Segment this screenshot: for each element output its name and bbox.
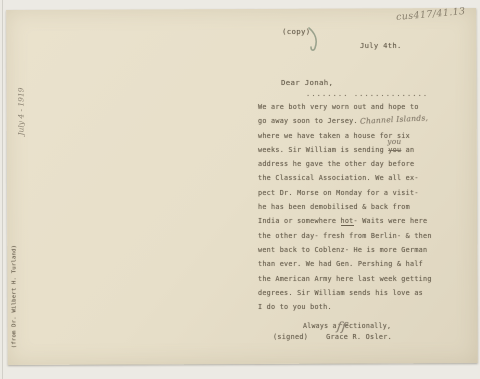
body-line-10: the other day- fresh from Berlin- & then [258,229,434,243]
scanner-edge-line [2,0,3,379]
body-line-2: go away soon to Jersey.Channel Islands, [258,114,434,128]
closing-line: Always affectionally, [303,317,391,331]
struck-word-wrap: youyou [388,143,401,157]
body-line-9: India or somewhere hot- Waits were here [258,214,434,228]
body-line-13: the American Army here last week getting [258,272,434,286]
closing-typed-a: Always a [303,322,337,330]
signature-name: Grace R. Osler. [326,333,392,341]
body-line-11: went back to Coblenz- He is more German [258,243,434,257]
channel-islands-pencil-insert: Channel Islands, [359,112,428,130]
body-line-12: than ever. We had Gen. Pershing & half [258,257,434,271]
closing-typed-b: ectionally, [345,322,391,330]
body-line-4-typed-end: an [401,146,414,154]
you-pencil-insert: you [387,135,401,149]
dotted-rule: ........ .............. [306,90,428,98]
body-line-3: where we have taken a house for six [258,129,434,143]
body-line-6: the Classical Association. We all ex- [258,171,434,185]
body-line-4: weeks. Sir William is sending youyou an [258,143,434,157]
letter-body: We are both very worn out and hope to go… [258,100,434,314]
pencil-tick-icon [306,27,322,53]
body-line-5: address he gave the other day before [258,157,434,171]
vertical-source-note: (from Dr. Wilbert H. Turland) [12,242,21,352]
vertical-pencil-date: July 4 - 1919 [17,80,28,144]
scanned-letter-page: cus417/41.13 (copy) July 4th. Dear Jonah… [0,0,480,379]
signed-label: (signed) [273,333,308,341]
ff-pencil-insert: ff [336,319,346,334]
body-line-2-typed: go away soon to Jersey. [258,117,358,125]
signature-line: (signed)Grace R. Osler. [273,333,392,341]
body-line-9-typed-end: - Waits were here [354,217,428,225]
underlined-word: hot [341,217,354,226]
body-line-14: degrees. Sir William sends his love as [258,286,434,300]
body-line-8: he has been demobilised & back from [258,200,434,214]
letter-date: July 4th. [360,41,402,50]
body-line-15: I do to you both. [258,300,434,314]
body-line-4-typed: weeks. Sir William is sending [258,146,388,154]
body-line-7: pect Dr. Morse on Monday for a visit- [258,186,434,200]
body-line-9-typed: India or somewhere [258,217,341,225]
salutation: Dear Jonah, [281,78,333,87]
